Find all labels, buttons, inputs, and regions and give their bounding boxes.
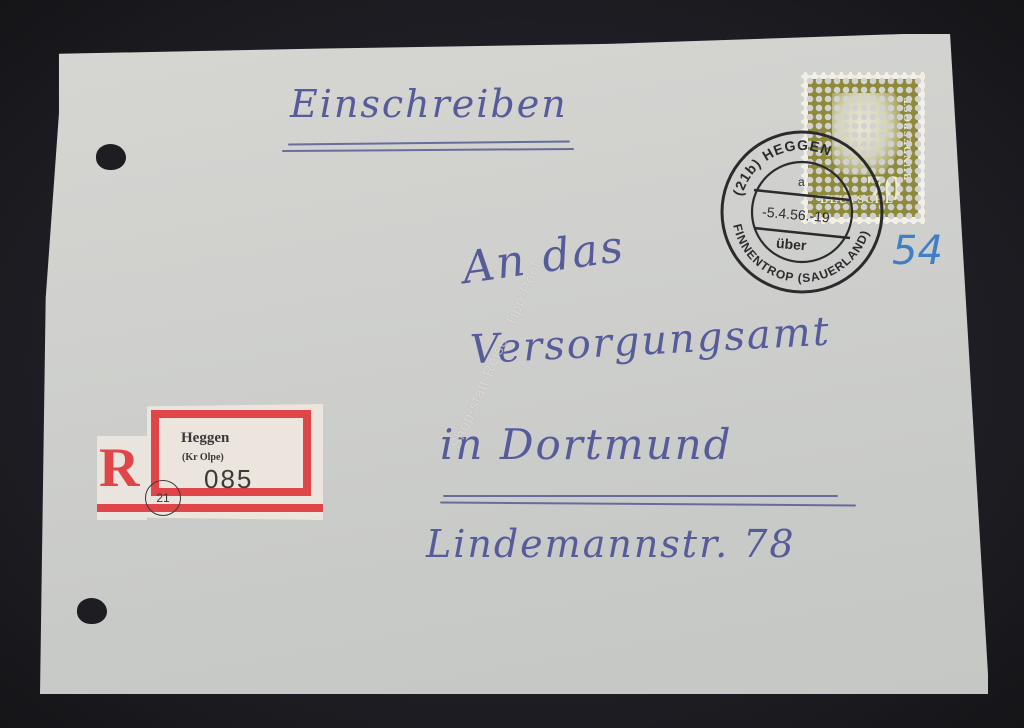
label-town: Heggen xyxy=(181,430,229,447)
label-office-code: 21 xyxy=(145,480,181,516)
margin-note: 54 xyxy=(892,228,943,274)
label-red-strip xyxy=(97,504,323,512)
address-line-3: in Dortmund xyxy=(440,420,733,469)
address-line-4: Lindemannstr. 78 xyxy=(426,522,796,566)
registration-label: R Heggen (Kr Olpe) 085 21 xyxy=(97,404,323,522)
postmark-via: über xyxy=(775,235,807,254)
punch-hole-top xyxy=(96,144,126,170)
address-underline-1 xyxy=(443,495,838,497)
punch-hole-bottom xyxy=(77,598,107,624)
postmark-district: a xyxy=(798,175,805,189)
postmark-date: -5.4.56.-19 xyxy=(762,204,831,226)
registered-letter: R xyxy=(99,436,139,500)
stamp-post: BUNDESPOST xyxy=(902,97,914,180)
label-number: 085 xyxy=(204,464,253,495)
header-handwriting: Einschreiben xyxy=(290,82,568,126)
postmark-icon: (21b) HEGGEN FINNENTROP (SAUERLAND) a -5… xyxy=(718,128,886,296)
label-district: (Kr Olpe) xyxy=(182,452,224,463)
